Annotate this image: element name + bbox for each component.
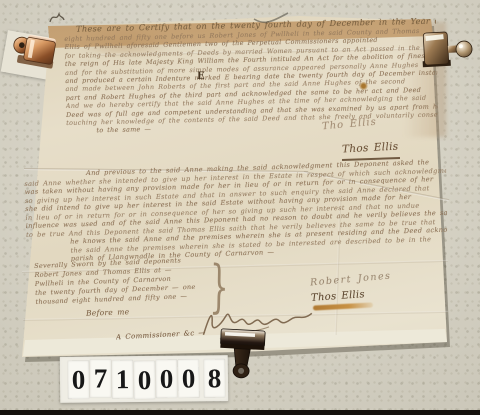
- bulldog-clip-top-right: [413, 18, 480, 79]
- pencil-check-mark: [252, 11, 292, 25]
- label-digit: 7: [90, 359, 111, 397]
- label-digit: 0: [68, 361, 89, 399]
- label-digit: 0: [156, 360, 177, 398]
- label-digit: 0: [178, 359, 200, 397]
- label-digit: 1: [112, 360, 133, 398]
- table-edge-bar: [0, 410, 480, 415]
- bulldog-clip-top-left: [3, 23, 70, 90]
- jurat-clause: Severally Sworn by the said deponents Ro…: [34, 255, 216, 307]
- before-me-text: Before me: [86, 307, 130, 318]
- label-digit: 0: [134, 361, 155, 399]
- archive-id-label: 0 7 1 0 0 0 8: [60, 355, 228, 403]
- pencil-paraph-mark: [48, 10, 66, 26]
- affidavit-paragraph: And previous to the said Anne making the…: [24, 158, 449, 265]
- label-digit: 8: [204, 359, 225, 397]
- certificate-paragraph: These are to Certify that on the twenty …: [64, 16, 438, 136]
- photo-of-document: These are to Certify that on the twenty …: [0, 0, 480, 415]
- exhibit-mark: E: [197, 71, 205, 82]
